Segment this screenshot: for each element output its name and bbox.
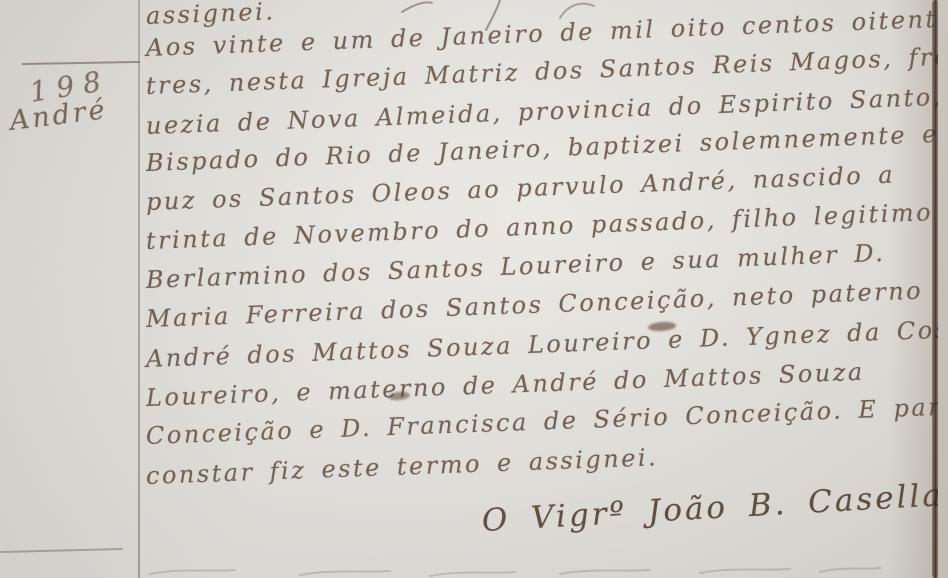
page-edge-shadow	[888, 0, 936, 578]
entry-name: André	[8, 94, 109, 137]
manuscript-page-scan: 198 André assignei. Aos vinte e um de Ja…	[0, 0, 948, 578]
record-line: assignei.	[145, 0, 275, 30]
entry-separator-line	[22, 61, 140, 65]
vicar-signature: O Vigrº João B. Casella	[481, 477, 945, 539]
margin-bottom-line	[0, 548, 123, 553]
next-page-sliver	[938, 0, 948, 578]
record-line: constar fiz este termo e assignei.	[145, 443, 658, 490]
column-rule-vertical	[138, 0, 140, 578]
